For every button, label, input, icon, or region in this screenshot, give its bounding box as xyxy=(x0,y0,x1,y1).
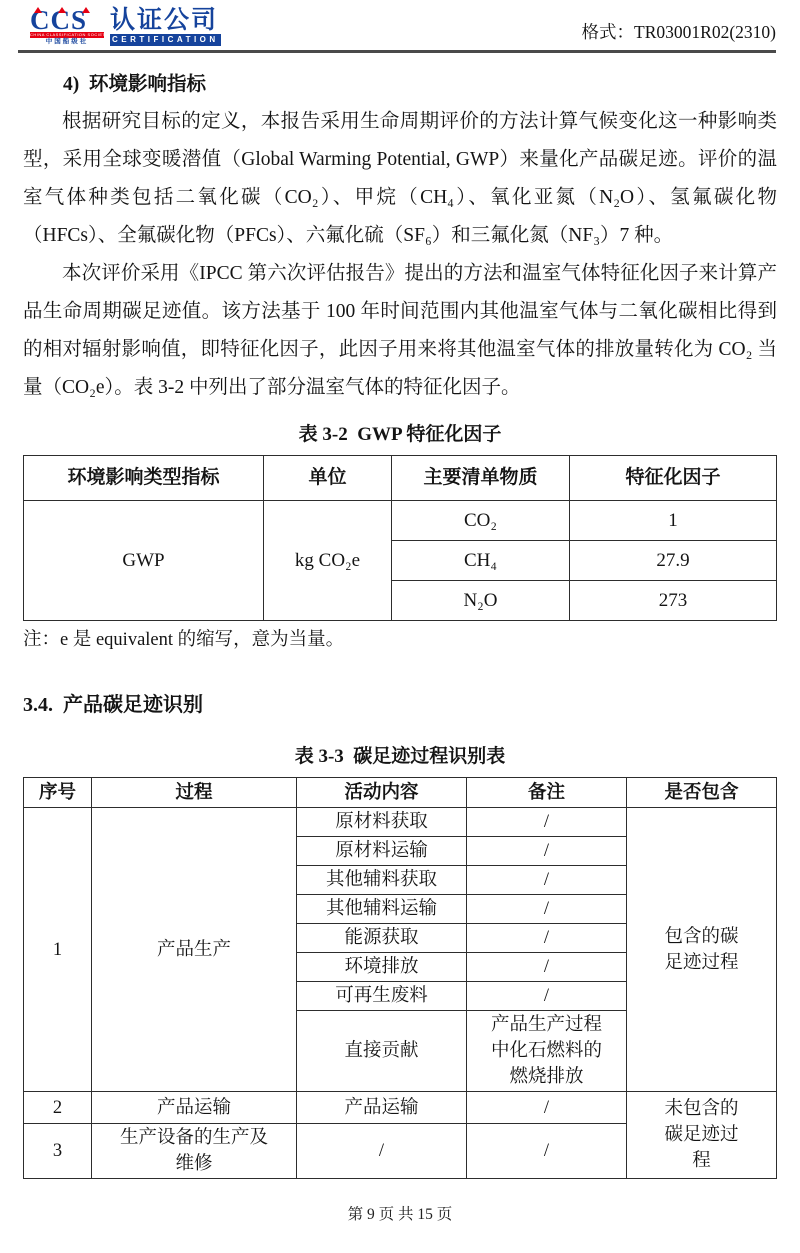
paragraph-ipcc-method: 本次评价采用《IPCC 第六次评估报告》提出的方法和温室气体特征化因子来计算产品… xyxy=(23,255,777,407)
cell-process: 生产设备的生产及 维修 xyxy=(92,1124,297,1179)
col-header-remark: 备注 xyxy=(467,778,627,808)
cell-remark: / xyxy=(467,895,627,924)
cell-substance: N₂O xyxy=(392,581,570,621)
ccs-logo: CCS CHINA CLASSIFICATION SOCIETY 中国船级社 认… xyxy=(18,3,221,50)
col-header-indicator: 环境影响类型指标 xyxy=(24,456,264,501)
cell-activity: 产品运输 xyxy=(297,1092,467,1124)
cell-activity: 原材料获取 xyxy=(297,808,467,837)
ccs-company-name: 认证公司 xyxy=(110,8,221,33)
carbon-footprint-process-table: 序号 过程 活动内容 备注 是否包含 1 产品生产 原材料获取 / 包含的碳 足… xyxy=(23,777,777,1179)
table-row: 1 产品生产 原材料获取 / 包含的碳 足迹过程 xyxy=(24,808,777,837)
cell-factor: 1 xyxy=(570,501,777,541)
section-heading-3-4: 3.4. 产品碳足迹识别 xyxy=(23,688,777,717)
cell-substance: CO₂ xyxy=(392,501,570,541)
cell-factor: 273 xyxy=(570,581,777,621)
section-heading-environmental-indicators: 4) 环境影响指标 xyxy=(63,68,777,96)
cell-remark: / xyxy=(467,1092,627,1124)
ccs-logo-left: CCS CHINA CLASSIFICATION SOCIETY 中国船级社 xyxy=(30,8,104,46)
cell-activity: 环境排放 xyxy=(297,953,467,982)
ccs-society-cn: 中国船级社 xyxy=(30,38,104,46)
cell-included: 未包含的 碳足迹过 程 xyxy=(627,1092,777,1179)
cell-unit: kg CO₂e xyxy=(264,501,392,621)
col-header-factor: 特征化因子 xyxy=(570,456,777,501)
cell-remark: / xyxy=(467,953,627,982)
col-header-unit: 单位 xyxy=(264,456,392,501)
cell-indicator-gwp: GWP xyxy=(24,501,264,621)
table-header-row: 环境影响类型指标 单位 主要清单物质 特征化因子 xyxy=(24,456,777,501)
cell-activity: 其他辅料获取 xyxy=(297,866,467,895)
cell-activity: 直接贡献 xyxy=(297,1011,467,1092)
page-content: 4) 环境影响指标 根据研究目标的定义，本报告采用生命周期评价的方法计算气候变化… xyxy=(0,68,800,1179)
page-header: CCS CHINA CLASSIFICATION SOCIETY 中国船级社 认… xyxy=(18,0,776,53)
cell-activity: 其他辅料运输 xyxy=(297,895,467,924)
table-header-row: 序号 过程 活动内容 备注 是否包含 xyxy=(24,778,777,808)
ccs-logo-text: CCS xyxy=(30,8,104,32)
gwp-characterization-table: 环境影响类型指标 单位 主要清单物质 特征化因子 GWP kg CO₂e CO₂… xyxy=(23,455,777,621)
cell-remark: / xyxy=(467,1124,627,1179)
ccs-logo-right: 认证公司 CERTIFICATION xyxy=(110,8,221,46)
cell-no: 2 xyxy=(24,1092,92,1124)
cell-factor: 27.9 xyxy=(570,541,777,581)
cell-process: 产品运输 xyxy=(92,1092,297,1124)
ccs-logo-accent-icon xyxy=(34,7,42,13)
cell-no: 1 xyxy=(24,808,92,1092)
ccs-logo-accent-icon xyxy=(82,7,90,13)
cell-process: 产品生产 xyxy=(92,808,297,1092)
cell-activity: 原材料运输 xyxy=(297,837,467,866)
col-header-activity: 活动内容 xyxy=(297,778,467,808)
paragraph-gwp-intro: 根据研究目标的定义，本报告采用生命周期评价的方法计算气候变化这一种影响类型，采用… xyxy=(23,103,777,255)
cell-remark: / xyxy=(467,808,627,837)
cell-activity: 能源获取 xyxy=(297,924,467,953)
table-3-2-title: 表 3-2 GWP 特征化因子 xyxy=(23,419,777,446)
document-page: CCS CHINA CLASSIFICATION SOCIETY 中国船级社 认… xyxy=(0,0,800,1253)
format-code-label: 格式：TR03001R02(2310) xyxy=(582,19,776,50)
cell-substance: CH₄ xyxy=(392,541,570,581)
cell-included: 包含的碳 足迹过程 xyxy=(627,808,777,1092)
col-header-included: 是否包含 xyxy=(627,778,777,808)
cell-remark: / xyxy=(467,866,627,895)
ccs-logo-accent-icon xyxy=(58,7,66,13)
certification-banner: CERTIFICATION xyxy=(110,34,221,46)
col-header-substance: 主要清单物质 xyxy=(392,456,570,501)
page-number: 第 9 页 共 15 页 xyxy=(0,1202,800,1224)
table-3-3-title: 表 3-3 碳足迹过程识别表 xyxy=(23,741,777,768)
cell-remark: / xyxy=(467,924,627,953)
cell-no: 3 xyxy=(24,1124,92,1179)
cell-activity: 可再生废料 xyxy=(297,982,467,1011)
col-header-process: 过程 xyxy=(92,778,297,808)
table-row: GWP kg CO₂e CO₂ 1 xyxy=(24,501,777,541)
cell-remark: 产品生产过程 中化石燃料的 燃烧排放 xyxy=(467,1011,627,1092)
col-header-no: 序号 xyxy=(24,778,92,808)
cell-activity: / xyxy=(297,1124,467,1179)
cell-remark: / xyxy=(467,982,627,1011)
table-3-2-footnote: 注：e 是 equivalent 的缩写，意为当量。 xyxy=(23,628,777,652)
table-row: 2 产品运输 产品运输 / 未包含的 碳足迹过 程 xyxy=(24,1092,777,1124)
cell-remark: / xyxy=(467,837,627,866)
